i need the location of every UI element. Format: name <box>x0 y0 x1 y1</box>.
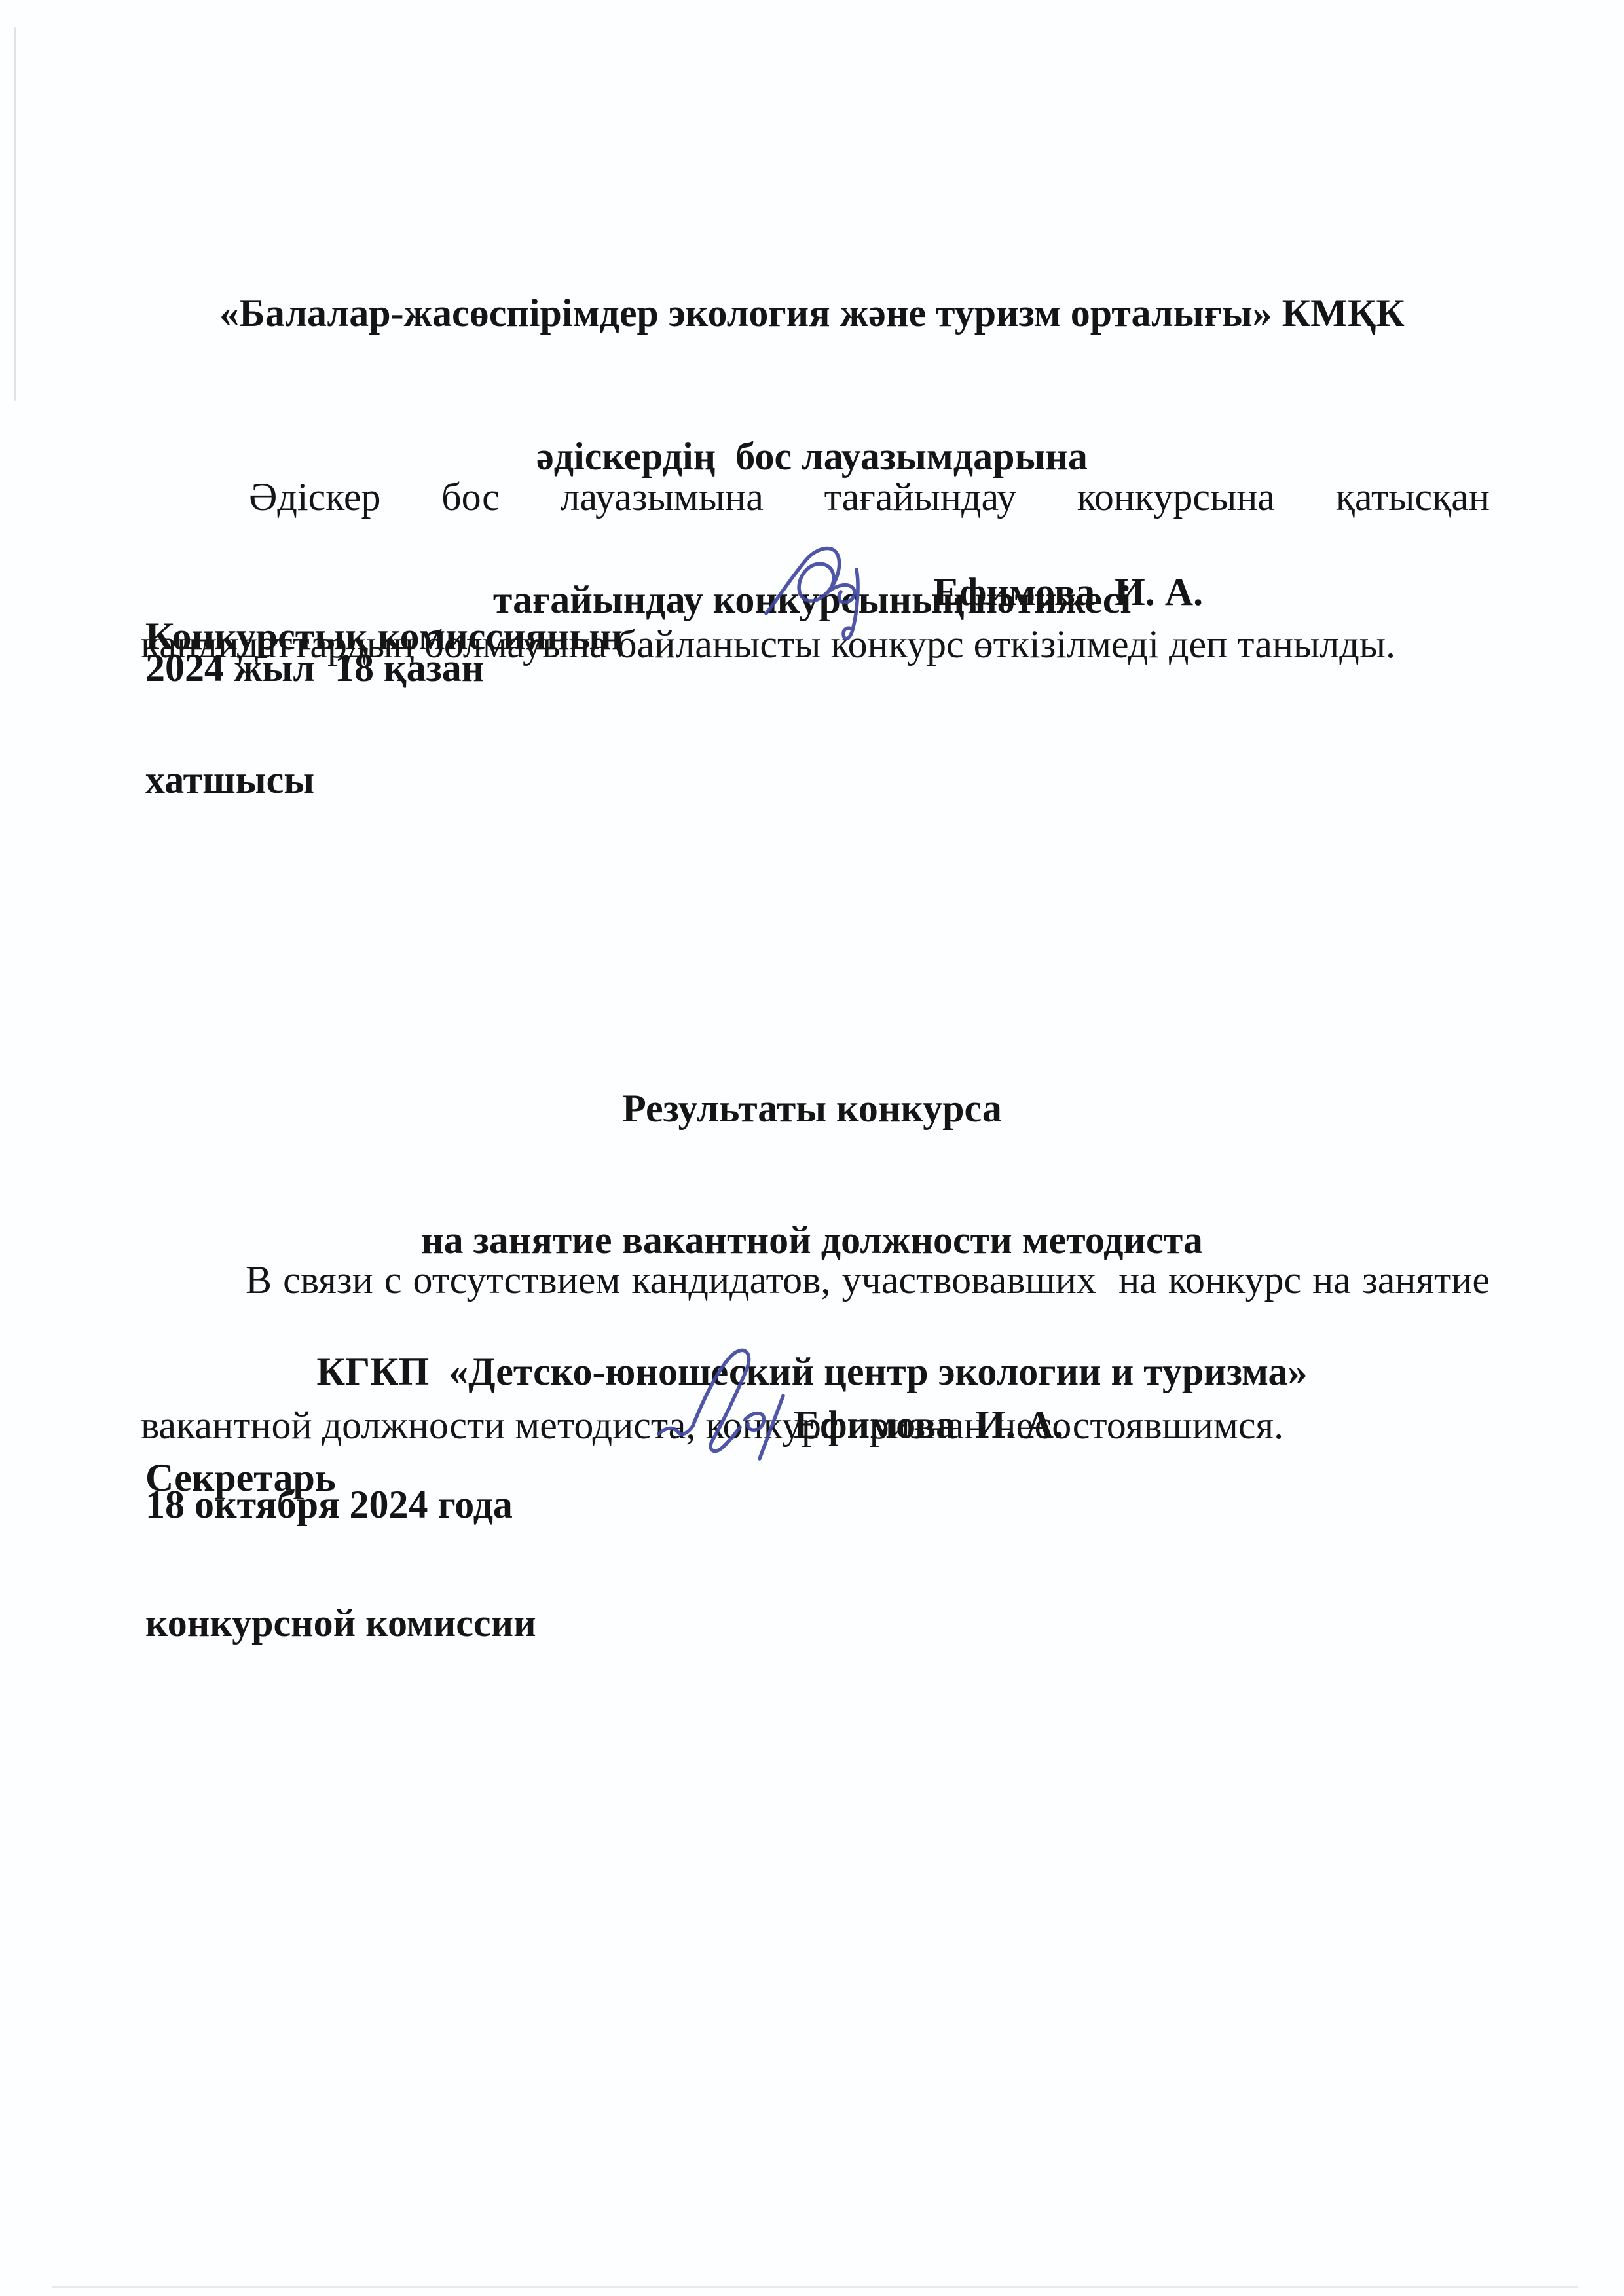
scan-edge-artifact-left <box>14 27 16 401</box>
kk-signer-role-line-2: хатшысы <box>145 756 623 804</box>
ru-signer-name: Ефимова И. А. <box>794 1401 1063 1449</box>
scan-edge-artifact-bottom <box>52 2286 1578 2288</box>
ru-title-line-1: Результаты конкурса <box>124 1087 1500 1131</box>
ru-date: 18 октября 2024 года <box>145 1481 513 1529</box>
signature-1-icon <box>760 532 897 656</box>
signature-2-icon <box>655 1336 812 1486</box>
kk-signer-role: Конкурстық комиссияның хатшысы <box>145 517 623 900</box>
kk-date: 2024 жыл 18 қазан <box>145 644 484 692</box>
ru-signer-role: Секретарь конкурсной комиссии <box>145 1357 536 1744</box>
ru-signer-role-line-2: конкурсной комиссии <box>145 1599 536 1647</box>
ru-paragraph-line-1: В связи с отсутствием кандидатов, участв… <box>141 1256 1490 1304</box>
scanned-document-page: «Балалар-жасөспірімдер экология және тур… <box>0 0 1624 2296</box>
kk-signer-name: Ефимова И. А. <box>933 568 1203 616</box>
kk-paragraph-line-1: Әдіскер бос лауазымына тағайындау конкур… <box>141 473 1490 522</box>
kk-title-line-1: «Балалар-жасөспірімдер экология және тур… <box>124 289 1500 337</box>
